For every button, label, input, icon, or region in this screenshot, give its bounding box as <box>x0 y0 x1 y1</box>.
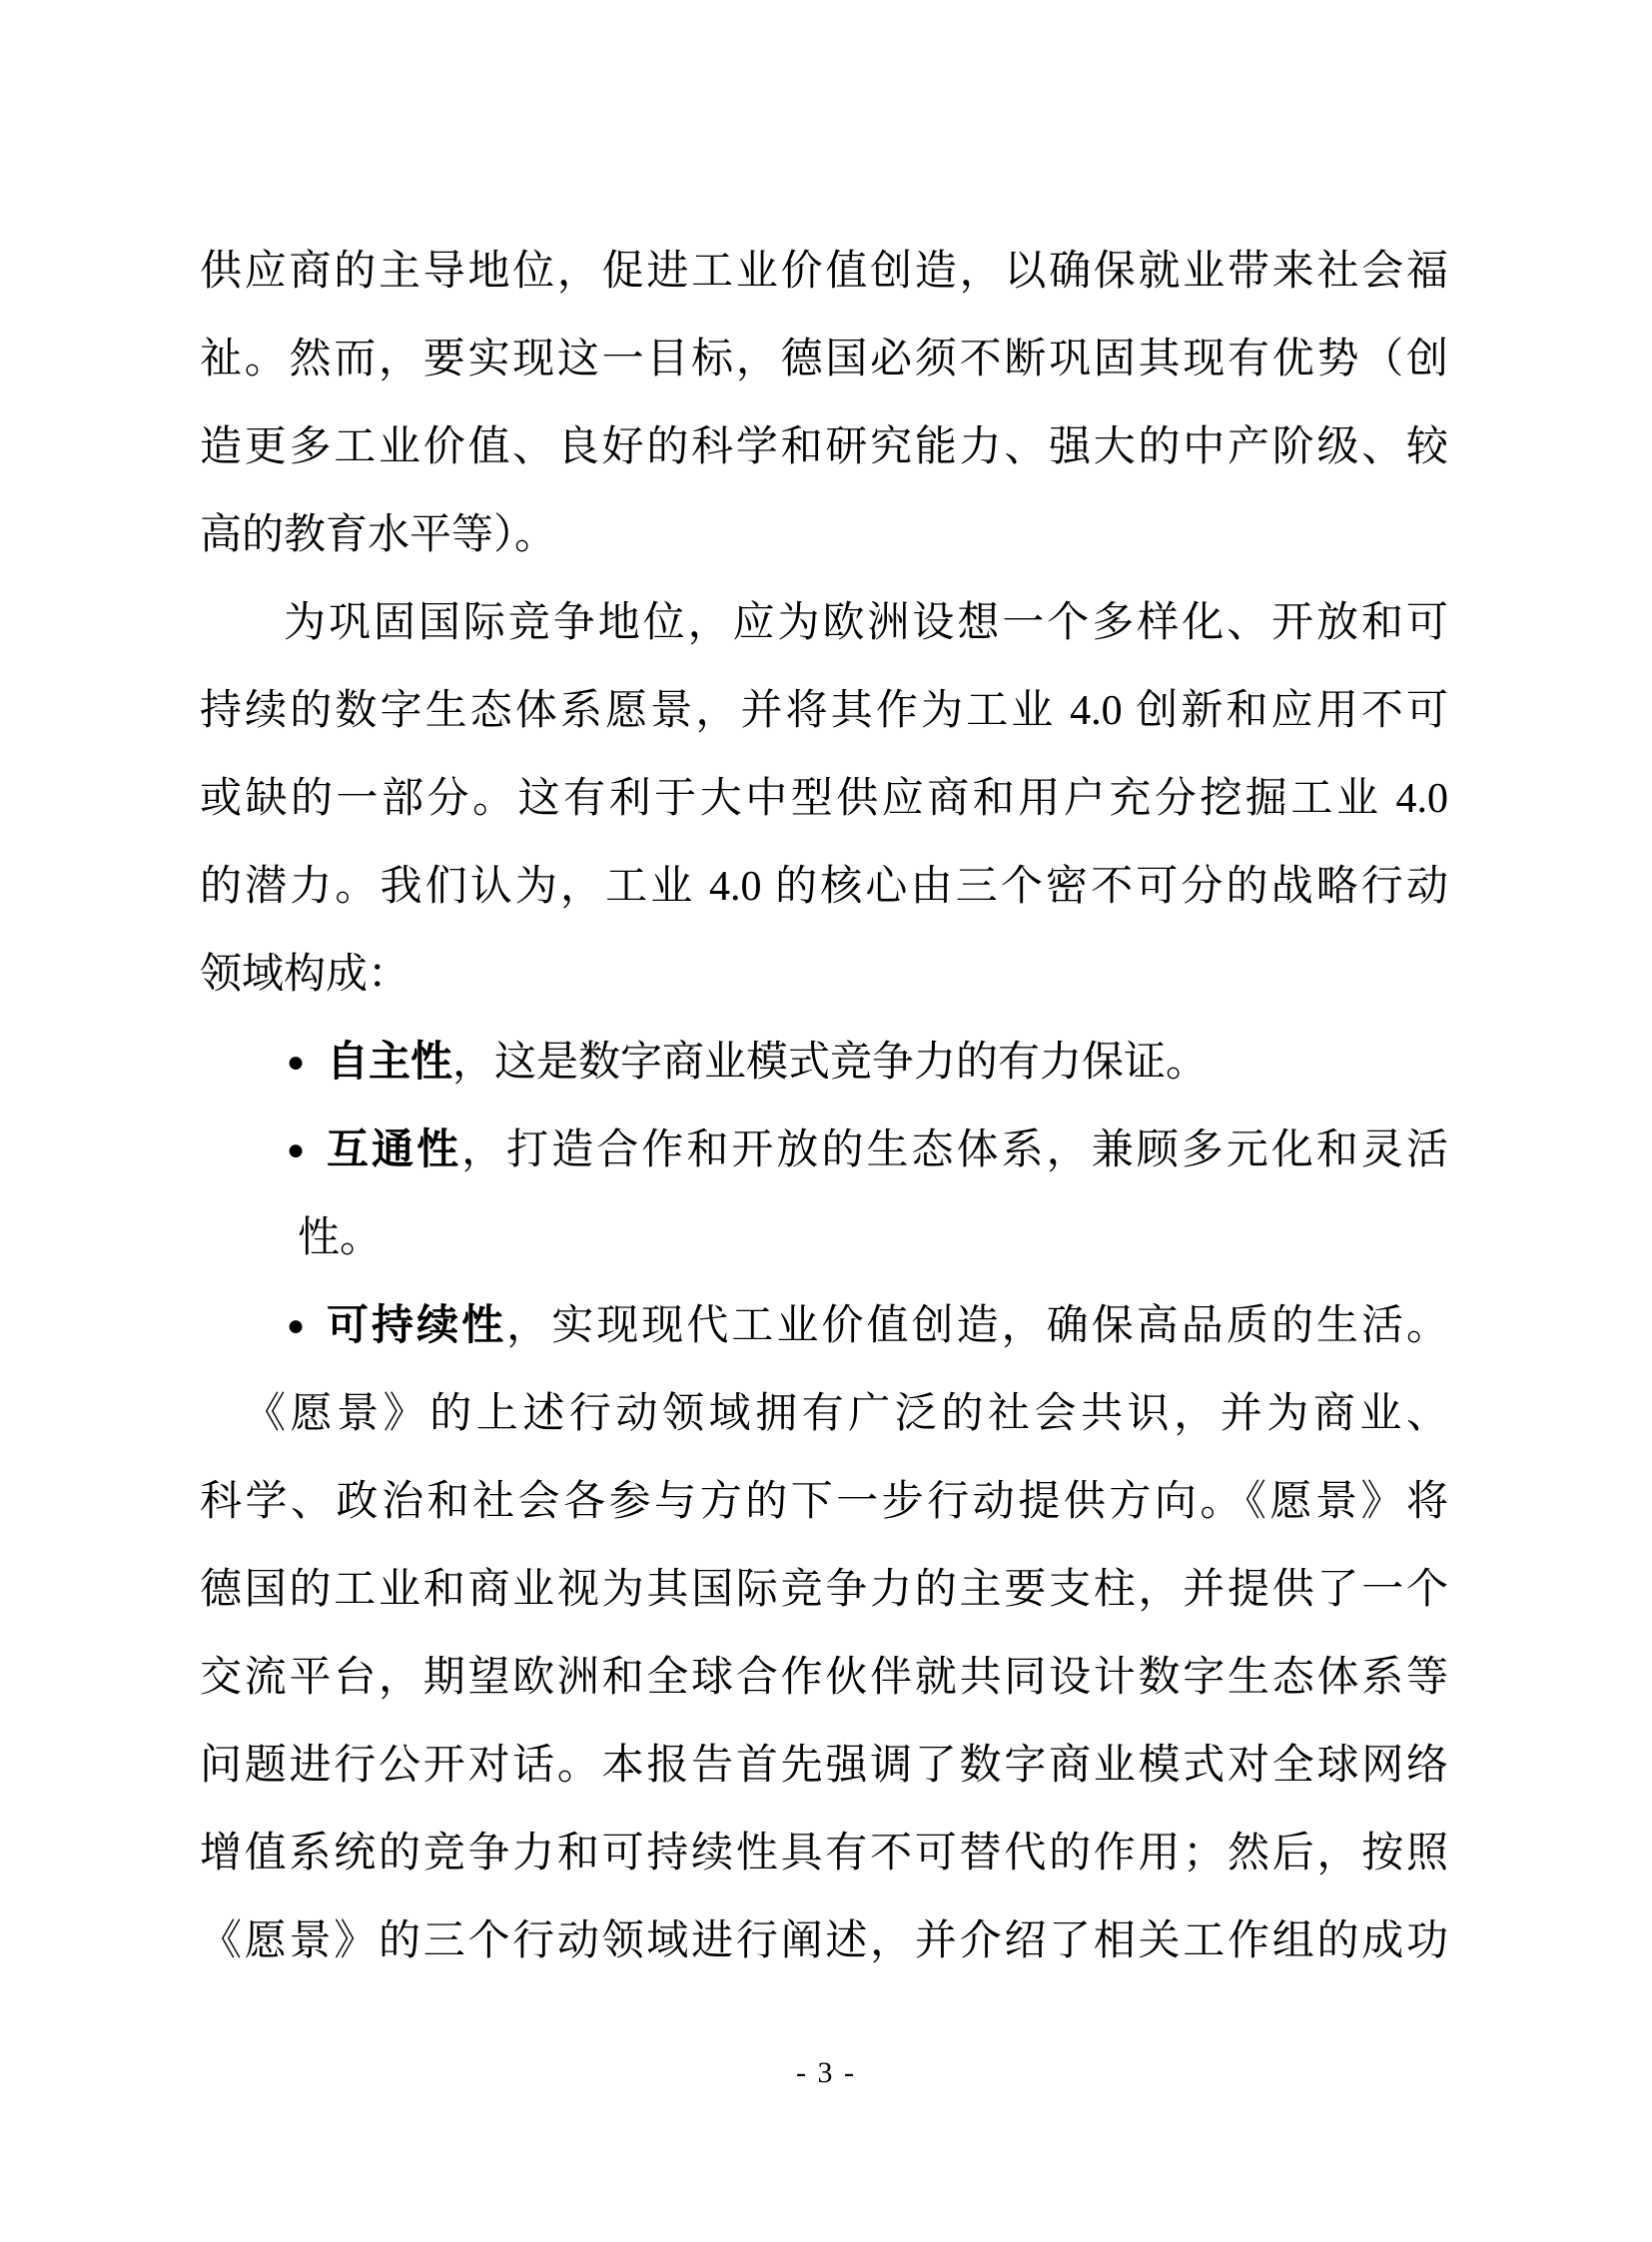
bullet-term: 自主性 <box>327 1040 452 1086</box>
bullet-rest: ，这是数字商业模式竞争力的有力保证。 <box>452 1040 1208 1086</box>
paragraph3-line4: 交流平台，期望欧洲和全球合作伙伴就共同设计数字生态体系等 <box>200 1634 1448 1722</box>
page-number: - 3 - <box>0 2053 1652 2093</box>
bullet-rest: ，实现现代工业价值创造，确保高品质的生活。 <box>506 1303 1448 1349</box>
bullet-term: 互通性 <box>327 1127 461 1173</box>
paragraph3-line6: 增值系统的竞争力和可持续性具有不可替代的作用；然后，按照 <box>200 1810 1448 1897</box>
bullet-item-autonomy: ● 自主性，这是数字商业模式竞争力的有力保证。 <box>200 1019 1448 1107</box>
paragraph2-line1: 为巩固国际竞争地位，应为欧洲设想一个多样化、开放和可 <box>200 579 1448 667</box>
bullet-icon: ● <box>287 1019 327 1107</box>
paragraph1-line1: 供应商的主导地位，促进工业价值创造，以确保就业带来社会福 <box>200 228 1448 316</box>
paragraph3-line1: 《愿景》的上述行动领域拥有广泛的社会共识，并为商业、 <box>200 1370 1448 1458</box>
bullet-item-sustainability: ● 可持续性，实现现代工业价值创造，确保高品质的生活。 <box>200 1282 1448 1370</box>
bullet-icon: ● <box>287 1107 327 1194</box>
paragraph3-line2: 科学、政治和社会各参与方的下一步行动提供方向。《愿景》将 <box>200 1458 1448 1546</box>
bullet-item-text: 互通性，打造合作和开放的生态体系，兼顾多元化和灵活 <box>327 1107 1448 1194</box>
paragraph2-line5: 领域构成： <box>200 931 1448 1019</box>
bullet-item-interoperability: ● 互通性，打造合作和开放的生态体系，兼顾多元化和灵活 <box>200 1107 1448 1194</box>
bullet-item-interoperability-continuation: 性。 <box>200 1194 1448 1282</box>
paragraph2-line4: 的潜力。我们认为，工业 4.0 的核心由三个密不可分的战略行动 <box>200 843 1448 931</box>
bullet-rest: ，打造合作和开放的生态体系，兼顾多元化和灵活 <box>461 1127 1448 1173</box>
paragraph3-line7: 《愿景》的三个行动领域进行阐述，并介绍了相关工作组的成功 <box>200 1897 1448 1985</box>
bullet-item-text: 可持续性，实现现代工业价值创造，确保高品质的生活。 <box>327 1282 1448 1370</box>
text-block: 供应商的主导地位，促进工业价值创造，以确保就业带来社会福 祉。然而，要实现这一目… <box>200 228 1448 1985</box>
paragraph3-line5: 问题进行公开对话。本报告首先强调了数字商业模式对全球网络 <box>200 1722 1448 1810</box>
bullet-icon: ● <box>287 1282 327 1370</box>
paragraph2-line2: 持续的数字生态体系愿景，并将其作为工业 4.0 创新和应用不可 <box>200 667 1448 755</box>
paragraph1-line2: 祉。然而，要实现这一目标，德国必须不断巩固其现有优势（创 <box>200 316 1448 403</box>
paragraph1-line3: 造更多工业价值、良好的科学和研究能力、强大的中产阶级、较 <box>200 403 1448 491</box>
paragraph3-line3: 德国的工业和商业视为其国际竞争力的主要支柱，并提供了一个 <box>200 1546 1448 1634</box>
bullet-term: 可持续性 <box>327 1303 506 1349</box>
document-page: 供应商的主导地位，促进工业价值创造，以确保就业带来社会福 祉。然而，要实现这一目… <box>0 0 1652 2242</box>
paragraph2-line3: 或缺的一部分。这有利于大中型供应商和用户充分挖掘工业 4.0 <box>200 755 1448 843</box>
paragraph1-line4: 高的教育水平等）。 <box>200 491 1448 579</box>
bullet-item-text: 自主性，这是数字商业模式竞争力的有力保证。 <box>327 1019 1448 1107</box>
